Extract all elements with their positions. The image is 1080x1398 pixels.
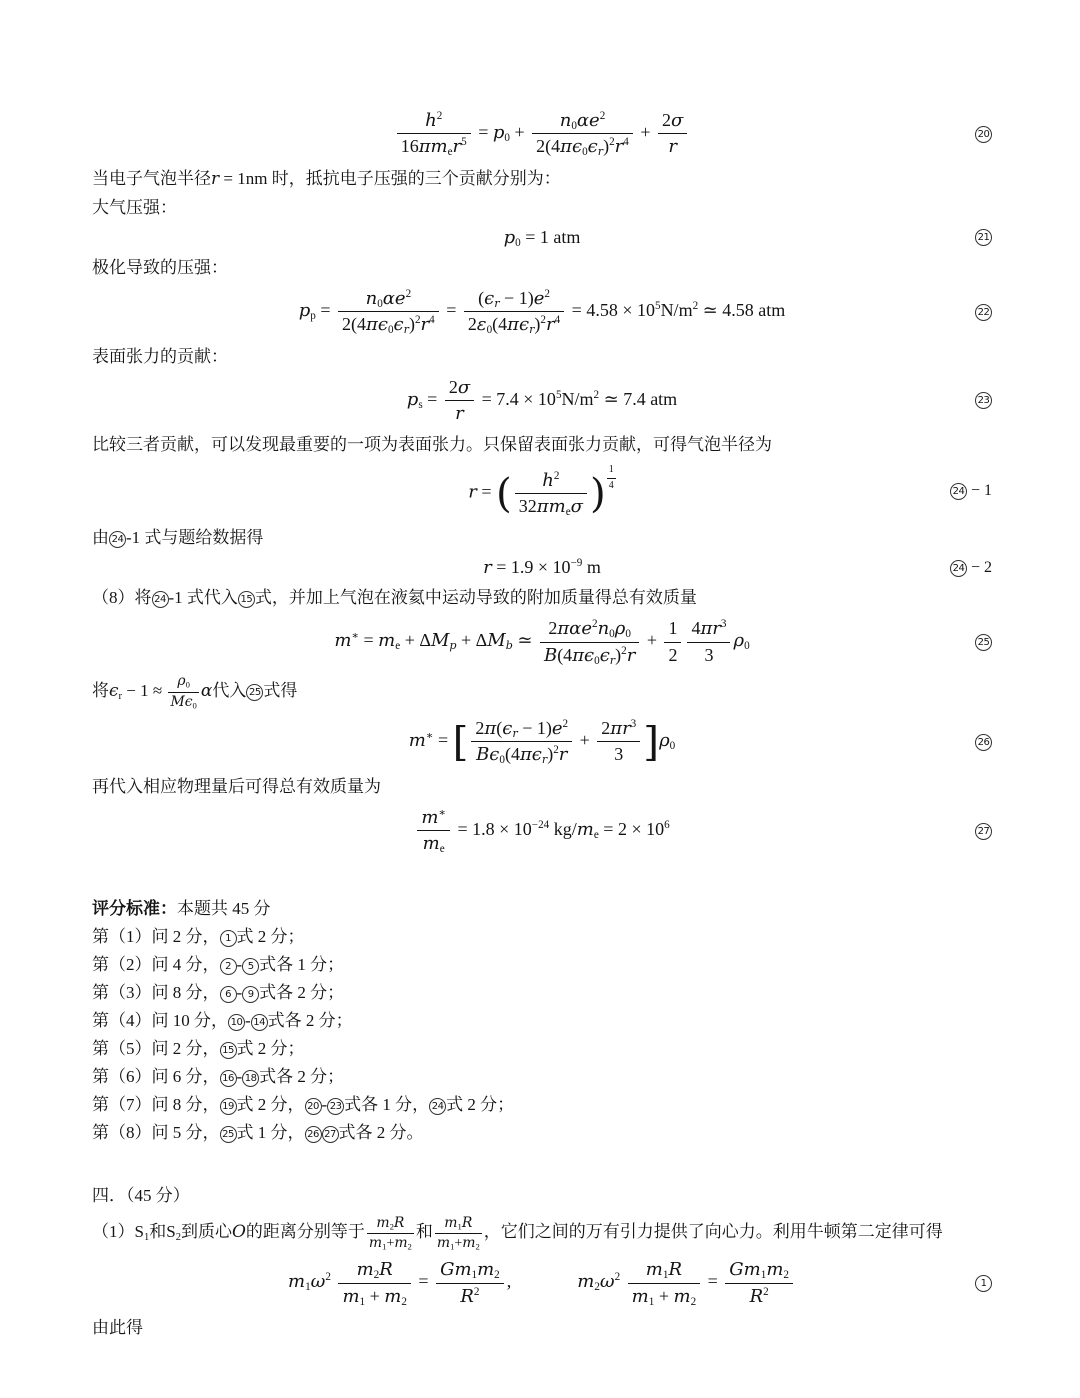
text: （8）将24-1 式代入15式，并加上气泡在液氦中运动导致的附加质量得总有效质量 — [92, 588, 697, 607]
text-line: 第（6）问 6 分，16-18式各 2 分； — [92, 1063, 992, 1090]
equation-line: h216πmer5 = p0 + n0αe22(4πϵ0ϵr)2r4 + 2σr… — [92, 104, 992, 164]
equation-number: 25 — [975, 633, 992, 651]
equation-line: m∗ = [2π(ϵr − 1)e2Bϵ0(4πϵr)2r + 2πr33]ρ0… — [92, 712, 992, 772]
equation-line: m∗me = 1.8 × 10−24 kg/me = 2 × 10627 — [92, 801, 992, 861]
text: 评分标准：本题共 45 分 — [92, 899, 271, 918]
text-line: 再代入相应物理量后可得总有效质量为 — [92, 773, 992, 800]
formula: ps = 2σr = 7.4 × 105N/m2 ≃ 7.4 atm — [407, 376, 677, 426]
text: 第（3）问 8 分，6-9式各 2 分； — [92, 983, 344, 1002]
text-line: 比较三者贡献，可以发现最重要的一项为表面张力。只保留表面张力贡献，可得气泡半径为 — [92, 431, 992, 458]
text: 由此得 — [92, 1318, 143, 1337]
equation-line: ps = 2σr = 7.4 × 105N/m2 ≃ 7.4 atm23 — [92, 371, 992, 431]
text: 第（6）问 6 分，16-18式各 2 分； — [92, 1067, 344, 1086]
equation-line: p0 = 1 atm21 — [92, 222, 992, 253]
equation-number: 1 — [975, 1274, 992, 1292]
text-line: 第（5）问 2 分，15式 2 分； — [92, 1035, 992, 1062]
equation-line: r = (h232πmeσ)1424 − 1 — [92, 459, 992, 523]
equation-line: pp = n0αe22(4πϵ0ϵr)2r4 = (ϵr − 1)e22ε0(4… — [92, 282, 992, 342]
text: 极化导致的压强： — [92, 258, 228, 277]
text-line: （8）将24-1 式代入15式，并加上气泡在液氦中运动导致的附加质量得总有效质量 — [92, 584, 992, 611]
formula: m1ω2 m2Rm1 + m2 = Gm1m2R2,m2ω2 m1Rm1 + m… — [288, 1258, 796, 1308]
text: 再代入相应物理量后可得总有效质量为 — [92, 777, 381, 796]
text: （1）S1和S2到质心O的距离分别等于m2Rm1+m2和m1Rm1+m2，它们之… — [92, 1222, 943, 1241]
text: 大气压强： — [92, 198, 177, 217]
formula: p0 = 1 atm — [504, 227, 581, 248]
equation-number: 24 − 1 — [950, 482, 992, 500]
text-line: 第（8）问 5 分，25式 1 分，2627式各 2 分。 — [92, 1119, 992, 1146]
text-line: 极化导致的压强： — [92, 254, 992, 281]
text: 第（4）问 10 分，10-14式各 2 分； — [92, 1011, 353, 1030]
text: 第（7）问 8 分，19式 2 分，20-23式各 1 分，24式 2 分； — [92, 1095, 514, 1114]
text-line: 第（3）问 8 分，6-9式各 2 分； — [92, 979, 992, 1006]
text-line: 第（2）问 4 分，2-5式各 1 分； — [92, 951, 992, 978]
formula: r = (h232πmeσ)14 — [468, 464, 616, 518]
text: 比较三者贡献，可以发现最重要的一项为表面张力。只保留表面张力贡献，可得气泡半径为 — [92, 435, 772, 454]
text-line: 表面张力的贡献： — [92, 343, 992, 370]
formula: h216πmer5 = p0 + n0αe22(4πϵ0ϵr)2r4 + 2σr — [394, 109, 691, 159]
text: 由24-1 式与题给数据得 — [92, 528, 263, 547]
text-line: 将ϵr − 1 ≈ ρ0Mϵ0α代入25式得 — [92, 673, 992, 711]
text-line: 由24-1 式与题给数据得 — [92, 524, 992, 551]
formula: m∗ = [2π(ϵr − 1)e2Bϵ0(4πϵr)2r + 2πr33]ρ0 — [409, 717, 675, 767]
formula: pp = n0αe22(4πϵ0ϵr)2r4 = (ϵr − 1)e22ε0(4… — [299, 287, 785, 337]
equation-number: 23 — [975, 391, 992, 409]
text-line: 四．（45 分） — [92, 1182, 992, 1209]
equation-number: 26 — [975, 733, 992, 751]
equation-line: m1ω2 m2Rm1 + m2 = Gm1m2R2,m2ω2 m1Rm1 + m… — [92, 1253, 992, 1313]
formula: r = 1.9 × 10−9 m — [483, 557, 601, 578]
equation-number: 20 — [975, 125, 992, 143]
equation-number: 22 — [975, 303, 992, 321]
formula: m∗me = 1.8 × 10−24 kg/me = 2 × 106 — [414, 806, 669, 856]
text: 表面张力的贡献： — [92, 347, 228, 366]
text: 将ϵr − 1 ≈ ρ0Mϵ0α代入25式得 — [92, 681, 297, 700]
text-line: 由此得 — [92, 1314, 992, 1341]
text-line: （1）S1和S2到质心O的距离分别等于m2Rm1+m2和m1Rm1+m2，它们之… — [92, 1215, 992, 1253]
equation-number: 21 — [975, 228, 992, 246]
equation-line: m∗ = me + ΔMp + ΔMb ≃ 2παe2n0ρ0B(4πϵ0ϵr)… — [92, 612, 992, 672]
equation-number: 27 — [975, 822, 992, 840]
text-line: 当电子气泡半径r = 1nm 时，抵抗电子压强的三个贡献分别为： — [92, 165, 992, 193]
equation-line: r = 1.9 × 10−9 m24 − 2 — [92, 552, 992, 583]
text: 第（5）问 2 分，15式 2 分； — [92, 1039, 305, 1058]
text: 第（1）问 2 分，1式 2 分； — [92, 927, 305, 946]
text-line: 第（7）问 8 分，19式 2 分，20-23式各 1 分，24式 2 分； — [92, 1091, 992, 1118]
text-line: 大气压强： — [92, 194, 992, 221]
text: 当电子气泡半径r = 1nm 时，抵抗电子压强的三个贡献分别为： — [92, 169, 561, 188]
text: 第（8）问 5 分，25式 1 分，2627式各 2 分。 — [92, 1123, 424, 1142]
text: 四．（45 分） — [92, 1186, 190, 1205]
text: 第（2）问 4 分，2-5式各 1 分； — [92, 955, 344, 974]
formula: m∗ = me + ΔMp + ΔMb ≃ 2παe2n0ρ0B(4πϵ0ϵr)… — [334, 617, 749, 667]
text-line: 第（1）问 2 分，1式 2 分； — [92, 923, 992, 950]
equation-number: 24 − 2 — [950, 559, 992, 577]
text-line: 评分标准：本题共 45 分 — [92, 895, 992, 922]
document-body: h216πmer5 = p0 + n0αe22(4πϵ0ϵr)2r4 + 2σr… — [0, 0, 1080, 1341]
text-line: 第（4）问 10 分，10-14式各 2 分； — [92, 1007, 992, 1034]
